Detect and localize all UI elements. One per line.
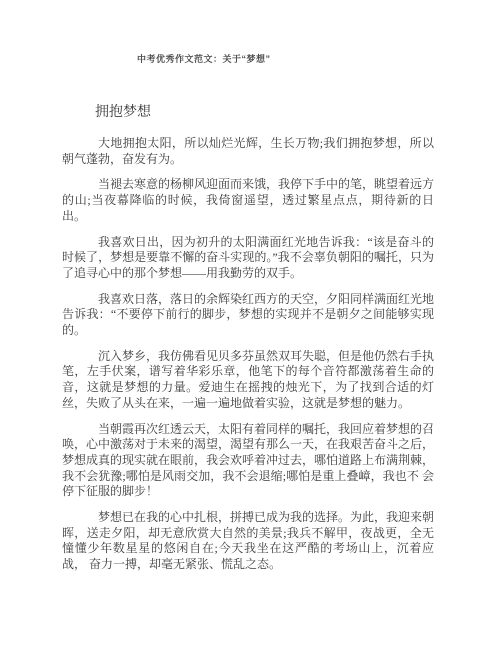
- essay-paragraph-1: 大地拥抱太阳，所以灿烂光辉，生长万物;我们拥抱梦想，所以朝气蓬勃，奋发有为。: [62, 136, 434, 167]
- essay-paragraph-4: 我喜欢日落，落日的余辉染红西方的天空，夕阳同样满面红光地告诉我：“不要停下前行的…: [62, 292, 434, 339]
- document-header-title: 中考优秀作文范文：关于“梦想”: [137, 0, 500, 65]
- essay-paragraph-6: 当朝霞再次红透云天，太阳有着同样的嘱托，我回应着梦想的召唤，心中激荡对于未来的渴…: [62, 422, 434, 501]
- essay-title: 拥抱梦想: [62, 104, 434, 122]
- essay-paragraph-5: 沉入梦乡，我仿佛看见贝多芬虽然双耳失聪，但是他仍然右手执笔，左手伏案，谱写着华彩…: [62, 349, 434, 412]
- essay-paragraph-7: 梦想已在我的心中扎根，拼搏已成为我的选择。为此，我迎来朝晖，送走夕阳，却无意欣赏…: [62, 510, 434, 573]
- essay-paragraph-2: 当褪去寒意的杨柳风迎面而来饿，我停下手中的笔，眺望着远方 的山;当夜幕降临的时候…: [62, 177, 434, 224]
- essay-body: 拥抱梦想 大地拥抱太阳，所以灿烂光辉，生长万物;我们拥抱梦想，所以朝气蓬勃，奋发…: [62, 104, 434, 573]
- document-page: 中考优秀作文范文：关于“梦想” 拥抱梦想 大地拥抱太阳，所以灿烂光辉，生长万物;…: [0, 0, 500, 647]
- essay-paragraph-3: 我喜欢日出，因为初升的太阳满面红光地告诉我：“该是奋斗的时候了，梦想是要靠不懈的…: [62, 235, 434, 282]
